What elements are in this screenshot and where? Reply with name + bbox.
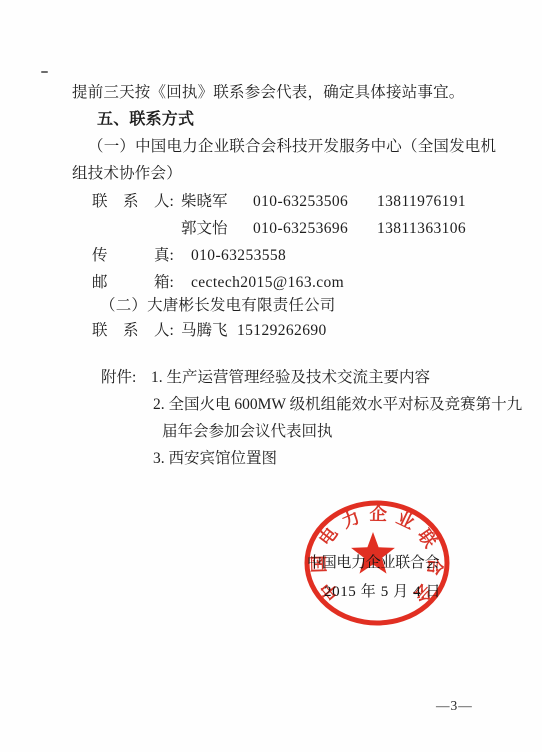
attachment-item-2-line1: 2. 全国火电 600MW 级机组能效水平对标及竞赛第十九 [153, 396, 522, 413]
attachment-item-1: 1. 生产运营管理经验及技术交流主要内容 [151, 369, 430, 386]
contact2-phone: 010-63253696 [253, 220, 348, 237]
email-label: 邮 箱: [92, 274, 174, 291]
attachments-label: 附件: [101, 369, 136, 386]
contact1-phone: 010-63253506 [253, 193, 348, 210]
org1-name-line2: 组技术协作会） [72, 165, 182, 182]
contact1-name: 柴晓军 [181, 193, 228, 210]
document-page: 提前三天按《回执》联系参会代表，确定具体接站事宜。 五、联系方式 （一）中国电力… [0, 0, 542, 752]
issue-date: 2015 年 5 月 4 日 [324, 584, 441, 600]
fax-label: 传 真: [92, 247, 174, 264]
org2-contact-name: 马腾飞 [181, 322, 228, 339]
org2-name-line: （二）大唐彬长发电有限责任公司 [100, 297, 336, 314]
org2-contact-mobile: 15129262690 [237, 322, 327, 339]
org2-contact-label: 联 系 人: [92, 322, 174, 339]
section-heading: 五、联系方式 [97, 111, 194, 128]
attachment-item-2-line2: 届年会参加会议代表回执 [162, 423, 333, 440]
org1-name-line1: （一）中国电力企业联合会科技开发服务中心（全国发电机 [88, 138, 496, 155]
page-number: —3— [436, 698, 473, 714]
attachment-item-3: 3. 西安宾馆位置图 [153, 450, 277, 467]
contact2-name: 郭文怡 [181, 220, 228, 237]
email-address: cectech2015@163.com [191, 274, 344, 291]
fax-number: 010-63253558 [191, 247, 286, 264]
intro-line: 提前三天按《回执》联系参会代表，确定具体接站事宜。 [72, 84, 465, 101]
contact-label: 联 系 人: [92, 193, 174, 210]
scan-artifact-dash [41, 71, 48, 73]
issuer-name: 中国电力企业联合会 [307, 555, 439, 571]
contact1-mobile: 13811976191 [377, 193, 466, 210]
contact2-mobile: 13811363106 [377, 220, 466, 237]
